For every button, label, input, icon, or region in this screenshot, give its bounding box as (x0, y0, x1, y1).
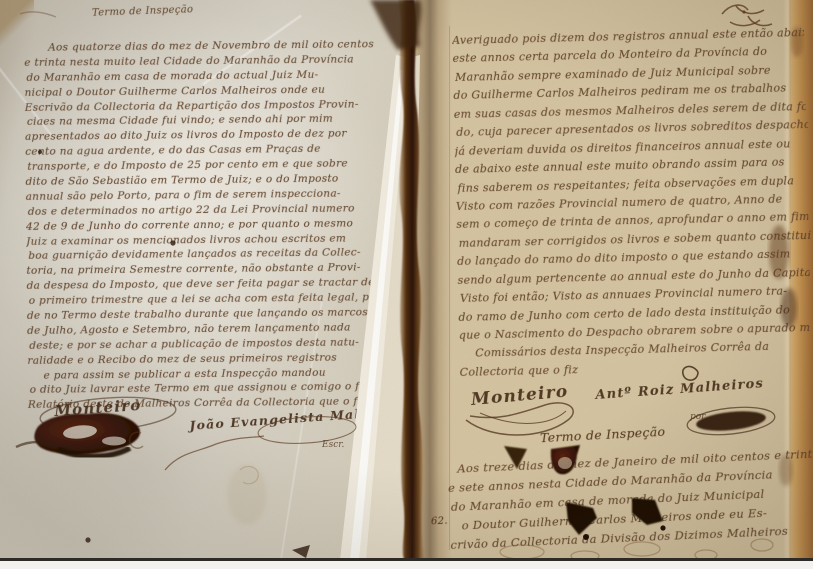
binding-seam-shadow (408, 0, 452, 560)
table-corner (0, 0, 34, 46)
margin-number: 62. (431, 516, 448, 528)
white-margin (0, 561, 813, 569)
photo-area: Termo de Inspeção Aos quatorze dias do m… (0, 0, 813, 560)
left-page-text-block: Aos quatorze dias do mez de Novembro de … (24, 38, 382, 414)
signature-clerk-sub: Escr. (322, 440, 344, 450)
manuscript-photo: Termo de Inspeção Aos quatorze dias do m… (0, 0, 813, 569)
right-page-bottom-block: Aos treze dias do mez de Janeiro de mil … (447, 447, 813, 557)
right-page-text-block: Averiguado pois dizem dos registros annu… (452, 26, 812, 384)
signature-second-sub: por (690, 412, 705, 422)
